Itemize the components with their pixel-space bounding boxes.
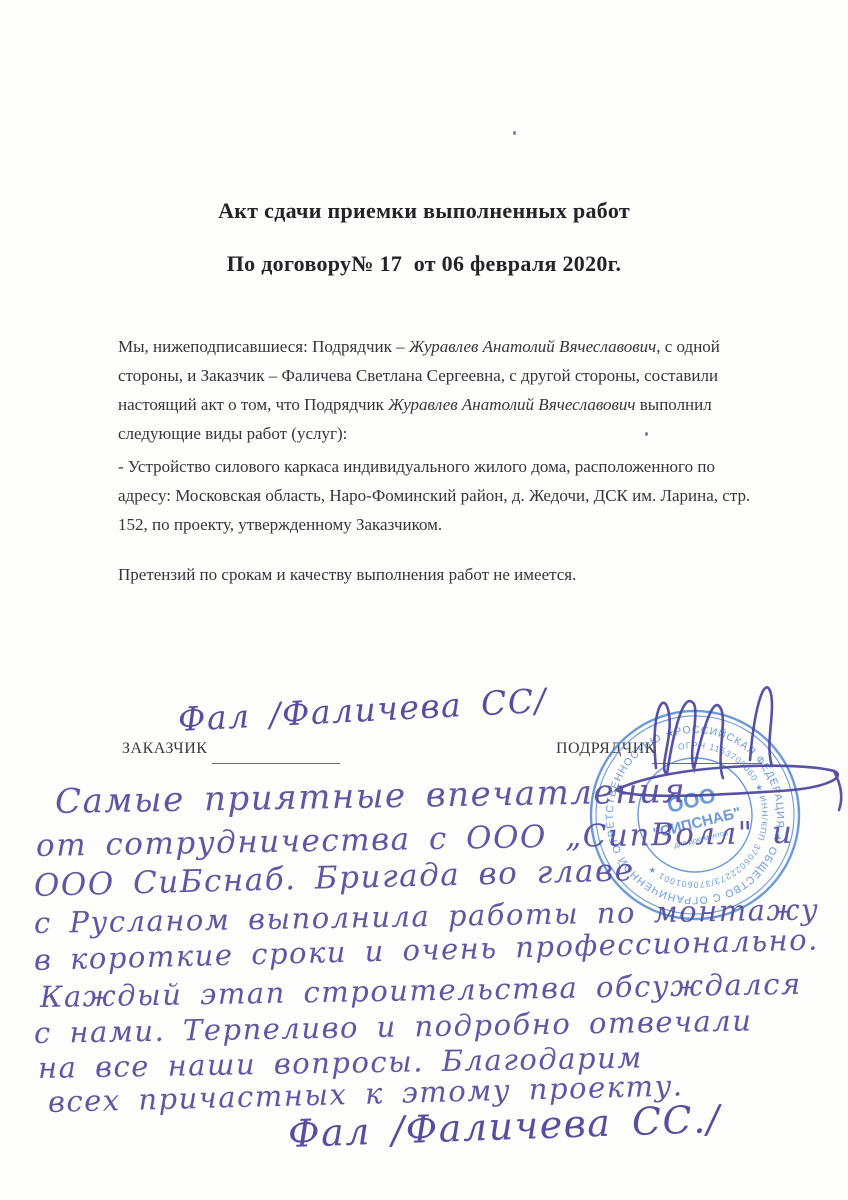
handwritten-note-line: Самые приятные впечатления [55, 771, 687, 822]
customer-label: ЗАКАЗЧИК [122, 740, 207, 758]
customer-signature-line [212, 763, 340, 764]
contractor-name: Журавлев Анатолий Вячеславович [409, 337, 656, 356]
handwritten-note-line: от сотрудничества с ООО „СипВолл" и [36, 815, 794, 864]
scan-speck [513, 131, 516, 135]
intro-text-1: Мы, нижеподписавшиеся: Подрядчик – [118, 337, 409, 356]
claims-paragraph: Претензий по срокам и качеству выполнени… [118, 560, 763, 589]
document-title: Акт сдачи приемки выполненных работ [0, 198, 848, 224]
title-block: Акт сдачи приемки выполненных работ По д… [0, 198, 848, 277]
scanned-document-page: Акт сдачи приемки выполненных работ По д… [0, 0, 848, 1200]
contractor-name: Журавлев Анатолий Вячеславович [388, 395, 635, 414]
intro-paragraph: Мы, нижеподписавшиеся: Подрядчик – Журав… [118, 332, 746, 448]
works-paragraph: - Устройство силового каркаса индивидуал… [118, 452, 763, 539]
document-subtitle: По договору№ 17 от 06 февраля 2020г. [0, 251, 848, 277]
customer-handwritten-signature: Фал /Фаличева СС/ [177, 681, 548, 739]
